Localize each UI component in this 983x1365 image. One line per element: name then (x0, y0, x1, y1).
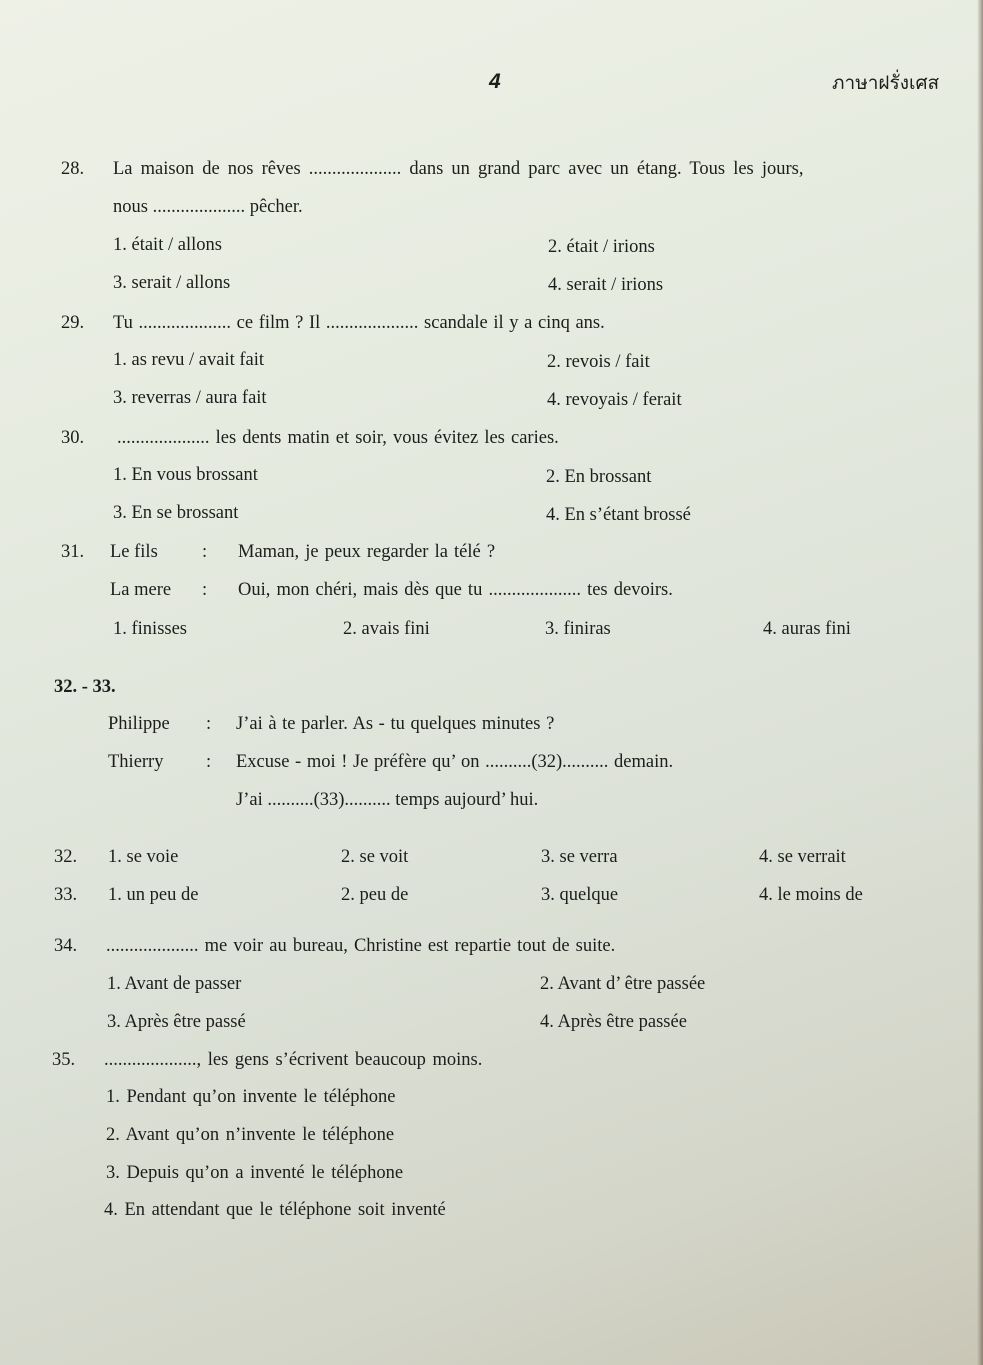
option-4[interactable]: 4. se verrait (759, 848, 846, 867)
speaker: La mere (110, 581, 171, 600)
question-number: 28. (61, 160, 84, 179)
speaker: Philippe (108, 715, 170, 734)
option-2[interactable]: 2. avais fini (343, 620, 430, 639)
option-1[interactable]: 1. était / allons (113, 236, 222, 255)
option-1[interactable]: 1. Pendant qu’on invente le téléphone (106, 1088, 395, 1107)
speaker-separator: : (202, 543, 207, 562)
speaker-separator: : (206, 715, 211, 734)
speaker-separator: : (206, 753, 211, 772)
question-stem: La maison de nos rêves .................… (113, 160, 804, 179)
option-2[interactable]: 2. En brossant (546, 468, 651, 487)
option-2[interactable]: 2. revois / fait (547, 353, 650, 372)
question-stem-cont: nous .................... pêcher. (113, 198, 303, 217)
question-number: 32. (54, 848, 77, 867)
question-stem: Tu .................... ce film ? Il ...… (113, 314, 605, 333)
option-4[interactable]: 4. auras fini (763, 620, 851, 639)
dialogue-line: J’ai ..........(33).......... temps aujo… (236, 791, 538, 810)
option-2[interactable]: 2. était / irions (548, 238, 655, 257)
question-number: 31. (61, 543, 84, 562)
option-3[interactable]: 3. Depuis qu’on a inventé le téléphone (106, 1164, 403, 1183)
dialogue-line: Oui, mon chéri, mais dès que tu ........… (238, 581, 673, 600)
question-number: 33. (54, 886, 77, 905)
option-2[interactable]: 2. se voit (341, 848, 408, 867)
option-4[interactable]: 4. le moins de (759, 886, 863, 905)
subject-title: ภาษาฝรั่งเศส (832, 68, 939, 98)
option-1[interactable]: 1. se voie (108, 848, 178, 867)
option-3[interactable]: 3. Après être passé (107, 1013, 246, 1032)
dialogue-line: J’ai à te parler. As - tu quelques minut… (236, 715, 554, 734)
option-3[interactable]: 3. serait / allons (113, 274, 230, 293)
option-3[interactable]: 3. reverras / aura fait (113, 389, 267, 408)
option-3[interactable]: 3. quelque (541, 886, 618, 905)
option-3[interactable]: 3. En se brossant (113, 504, 238, 523)
option-1[interactable]: 1. Avant de passer (107, 975, 241, 994)
page-edge (977, 0, 983, 1365)
question-stem: .................... les dents matin et … (117, 429, 559, 448)
exam-page: 4 ภาษาฝรั่งเศส 28. La maison de nos rêve… (0, 0, 983, 1365)
question-number: 32. - 33. (54, 678, 116, 697)
question-number: 34. (54, 937, 77, 956)
speaker-separator: : (202, 581, 207, 600)
page-number: 4 (489, 70, 501, 94)
question-stem: ...................., les gens s’écriven… (104, 1051, 482, 1070)
option-4[interactable]: 4. En attendant que le téléphone soit in… (104, 1201, 446, 1220)
question-stem: .................... me voir au bureau, … (106, 937, 615, 956)
option-1[interactable]: 1. as revu / avait fait (113, 351, 264, 370)
question-number: 35. (52, 1051, 75, 1070)
speaker: Thierry (108, 753, 163, 772)
dialogue-line: Maman, je peux regarder la télé ? (238, 543, 495, 562)
option-2[interactable]: 2. Avant qu’on n’invente le téléphone (106, 1126, 394, 1145)
option-3[interactable]: 3. finiras (545, 620, 611, 639)
question-number: 29. (61, 314, 84, 333)
option-4[interactable]: 4. En s’étant brossé (546, 506, 691, 525)
option-2[interactable]: 2. peu de (341, 886, 408, 905)
option-4[interactable]: 4. revoyais / ferait (547, 391, 682, 410)
option-4[interactable]: 4. Après être passée (540, 1013, 687, 1032)
option-1[interactable]: 1. En vous brossant (113, 466, 258, 485)
option-4[interactable]: 4. serait / irions (548, 276, 663, 295)
option-1[interactable]: 1. finisses (113, 620, 187, 639)
speaker: Le fils (110, 543, 158, 562)
option-2[interactable]: 2. Avant d’ être passée (540, 975, 705, 994)
question-number: 30. (61, 429, 84, 448)
option-1[interactable]: 1. un peu de (108, 886, 198, 905)
dialogue-line: Excuse - moi ! Je préfère qu’ on .......… (236, 753, 673, 772)
option-3[interactable]: 3. se verra (541, 848, 618, 867)
